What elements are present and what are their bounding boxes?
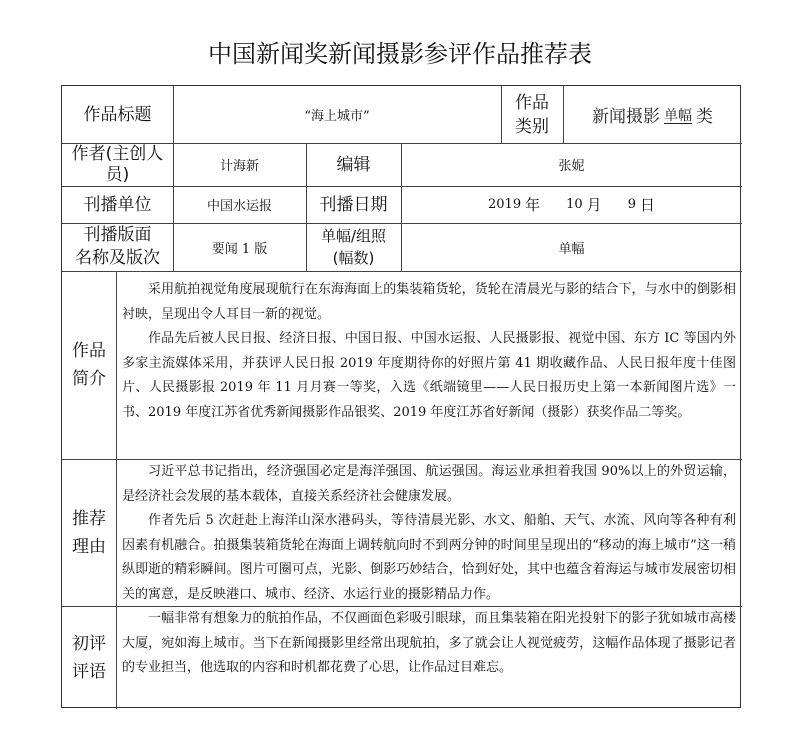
- category-label: 作品 类别: [501, 86, 563, 143]
- category-label-line1: 作品: [515, 91, 549, 115]
- summary-paragraph: 作品先后被人民日报、经济日报、中国日报、中国水运报、人民摄影报、视觉中国、东方 …: [122, 327, 736, 425]
- row-divider: [62, 271, 742, 272]
- summary-label-line1: 作品: [72, 337, 106, 365]
- page-label: 刊播版面 名称及版次: [62, 223, 173, 271]
- recommendation-label-line1: 推荐: [72, 505, 106, 533]
- initial-review-paragraph: 一幅非常有想象力的航拍作品，不仅画面色彩吸引眼球，而且集装箱在阳光投射下的影子犹…: [122, 607, 736, 681]
- category-value: 新闻摄影 单幅 类: [563, 86, 742, 143]
- recommendation-paragraph: 习近平总书记指出，经济强国必定是海洋强国、航运强国。海运业承担着我国 90%以上…: [122, 460, 736, 509]
- page-value: 要闻 1 版: [173, 223, 306, 271]
- recommendation-text: 习近平总书记指出，经济强国必定是海洋强国、航运强国。海运业承担着我国 90%以上…: [122, 460, 736, 608]
- year-unit: 年: [525, 194, 540, 215]
- editor-value: 张妮: [401, 143, 742, 186]
- recommendation-label-line2: 理由: [72, 533, 106, 561]
- work-title-value: “海上城市”: [173, 86, 501, 143]
- photo-count-label-line2: (幅数): [333, 247, 375, 269]
- publisher-label: 刊播单位: [62, 186, 173, 223]
- author-label: 作者(主创人 员): [62, 143, 173, 186]
- recommendation-paragraph: 作者先后 5 次赶赴上海洋山深水港码头，等待清晨光影、水文、船舶、天气、水流、风…: [122, 509, 736, 607]
- category-label-line2: 类别: [515, 115, 549, 139]
- publish-month: 10: [566, 197, 583, 212]
- photo-count-value: 单幅: [401, 223, 742, 271]
- month-unit: 月: [587, 194, 602, 215]
- category-prefix: 新闻摄影: [592, 102, 660, 127]
- summary-label: 作品 简介: [62, 271, 116, 459]
- recommendation-label: 推荐 理由: [62, 459, 116, 606]
- initial-review-label-line1: 初评: [72, 630, 106, 658]
- day-unit: 日: [640, 194, 655, 215]
- initial-review-label-line2: 评语: [72, 658, 106, 686]
- category-suffix: 类: [696, 102, 713, 127]
- publish-date-label: 刊播日期: [306, 186, 401, 223]
- editor-label: 编辑: [306, 143, 401, 186]
- page-label-line1: 刊播版面: [84, 224, 152, 247]
- publish-day: 9: [628, 197, 636, 212]
- photo-count-label: 单幅/组照 (幅数): [306, 223, 401, 271]
- work-title-label: 作品标题: [62, 86, 173, 143]
- publish-date-value: 2019 年 10 月 9 日: [401, 186, 742, 223]
- initial-review-text: 一幅非常有想象力的航拍作品，不仅画面色彩吸引眼球，而且集装箱在阳光投射下的影子犹…: [122, 607, 736, 681]
- summary-text: 采用航拍视觉角度展现航行在东海海面上的集装箱货轮，货轮在清晨光与影的结合下，与水…: [122, 278, 736, 426]
- col-divider: [116, 271, 117, 709]
- publisher-value: 中国水运报: [173, 186, 306, 223]
- page-label-line2: 名称及版次: [75, 247, 160, 270]
- summary-paragraph: 采用航拍视觉角度展现航行在东海海面上的集装箱货轮，货轮在清晨光与影的结合下，与水…: [122, 278, 736, 327]
- summary-label-line2: 简介: [72, 365, 106, 393]
- document-title: 中国新闻奖新闻摄影参评作品推荐表: [0, 34, 800, 69]
- initial-review-label: 初评 评语: [62, 606, 116, 709]
- category-type: 单幅: [660, 105, 696, 125]
- recommendation-form-table: 作品标题 “海上城市” 作品 类别 新闻摄影 单幅 类 作者(主创人 员) 计海…: [61, 85, 741, 708]
- publish-year: 2019: [488, 197, 521, 212]
- author-label-line2: 员): [106, 165, 130, 186]
- photo-count-label-line1: 单幅/组照: [321, 225, 386, 247]
- author-value: 计海新: [173, 143, 306, 186]
- author-label-line1: 作者(主创人: [72, 144, 164, 165]
